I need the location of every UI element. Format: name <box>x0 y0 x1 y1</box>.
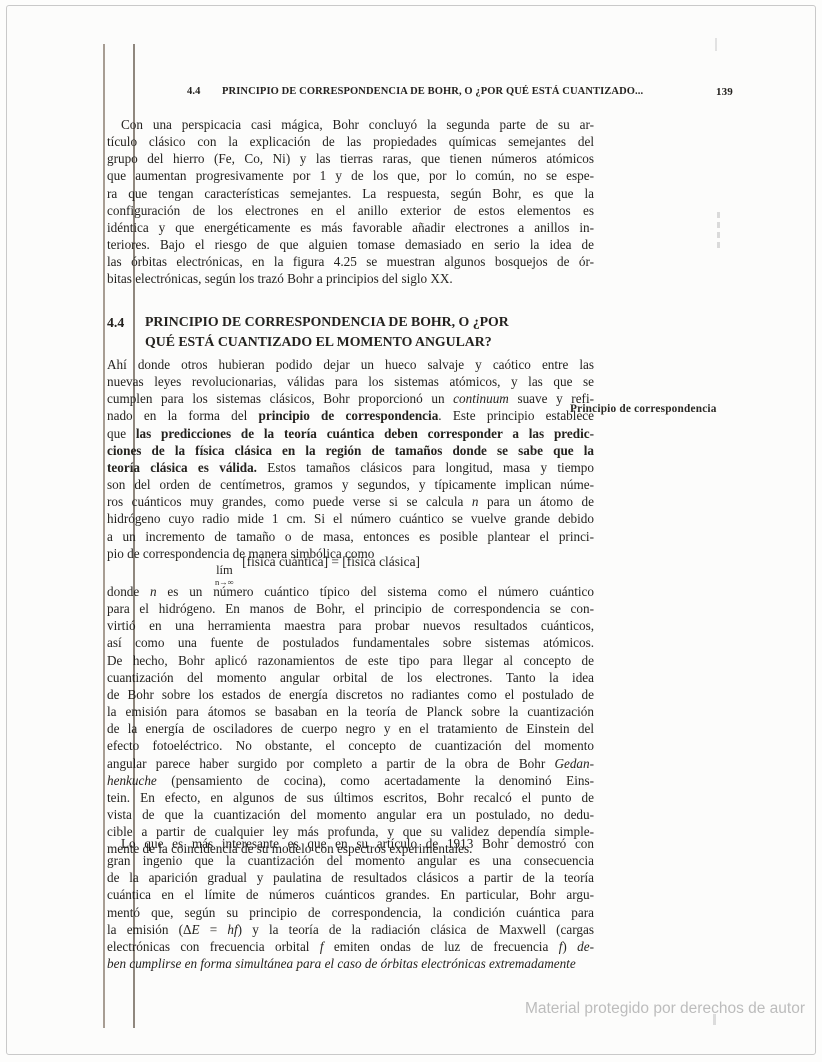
text-line: de la energía de osciladores de cuerpo n… <box>107 720 594 737</box>
text-segment: = <box>200 922 228 937</box>
text-line: ciones de la física clásica en la región… <box>107 442 594 459</box>
text-line: cuantización del momento angular orbital… <box>107 669 594 686</box>
text-segment: de la energía de osciladores de cuerpo n… <box>107 721 594 736</box>
text-line: grupo del hierro (Fe, Co, Ni) y las tier… <box>107 150 594 167</box>
text-line: ra que tengan características semejantes… <box>107 185 594 202</box>
text-segment: ) y la teoría de la radiación clásica de… <box>238 922 594 937</box>
text-line: De hecho, Bohr aplicó razonamientos de e… <box>107 652 594 669</box>
text-segment: hf <box>227 922 237 937</box>
text-segment: Ahí donde otros hubieran podido dejar un… <box>107 357 594 372</box>
text-segment: efecto fotoeléctrico. No obstante, el co… <box>107 738 594 753</box>
text-segment: E <box>192 922 200 937</box>
text-segment: vista de que la cuantización del momento… <box>107 807 594 822</box>
text-line: gran ingenio que la cuantización del mom… <box>107 852 594 869</box>
text-segment: n <box>472 494 479 509</box>
text-segment: que <box>107 426 136 441</box>
text-segment: mentó que, según su principio de corresp… <box>107 905 594 920</box>
text-segment: Estos tamaños clásicos para longitud, ma… <box>257 460 594 475</box>
text-line: las órbitas electrónicas, en la figura 4… <box>107 253 594 270</box>
text-segment: cuántica en el límite de números cuántic… <box>107 887 594 902</box>
text-line: son del orden de centímetros, gramos y s… <box>107 476 594 493</box>
paragraph-intro: Con una perspicacia casi mágica, Bohr co… <box>107 116 594 288</box>
text-line: nuevas leyes revolucionarias, válidas pa… <box>107 373 594 390</box>
text-segment: ) <box>562 939 577 954</box>
text-line: donde n es un número cuántico típico del… <box>107 583 594 600</box>
margin-note: Principio de correspondencia <box>570 403 717 415</box>
running-header: 4.4 PRINCIPIO DE CORRESPONDENCIA DE BOHR… <box>0 86 822 102</box>
text-line: hidrógeno cuyo radio mide 1 cm. Si el nú… <box>107 510 594 527</box>
text-segment: para el hidrógeno. En manos de Bohr, el … <box>107 601 594 616</box>
text-segment: ciones de la física clásica en la región… <box>107 443 594 458</box>
text-line: Con una perspicacia casi mágica, Bohr co… <box>107 116 594 133</box>
text-line: que las predicciones de la teoría cuánti… <box>107 425 594 442</box>
text-segment: la emisión (Δ <box>107 922 192 937</box>
text-segment: principio de correspondencia <box>259 408 439 423</box>
text-segment: para un átomo de <box>479 494 595 509</box>
equation-correspondence-limit: lím n→∞ [física cuántica] = [física clás… <box>215 554 420 586</box>
scanned-book-page: 4.4 PRINCIPIO DE CORRESPONDENCIA DE BOHR… <box>0 0 822 1062</box>
text-line: tículo clásico con la explicación de las… <box>107 133 594 150</box>
text-line: así como una fuente de postulados fundam… <box>107 634 594 651</box>
section-title-line: QUÉ ESTÁ CUANTIZADO EL MOMENTO ANGULAR? <box>145 332 547 352</box>
text-line: Ahí donde otros hubieran podido dejar un… <box>107 356 594 373</box>
text-segment: idéntica y que energéticamente es más fa… <box>107 220 594 235</box>
copyright-watermark: Material protegido por derechos de autor <box>525 1000 805 1018</box>
text-line: configuración de los electrones en el an… <box>107 202 594 219</box>
text-segment: son del orden de centímetros, gramos y s… <box>107 477 594 492</box>
text-line: la emisión (ΔE = hf) y la teoría de la r… <box>107 921 594 938</box>
text-segment: bitas electrónicas, según los trazó Bohr… <box>107 271 453 286</box>
text-line: angular parece haber surgido por complet… <box>107 755 594 772</box>
text-segment: tein. En efecto, en algunos de sus últim… <box>107 790 594 805</box>
text-line: de la aparición gradual y paulatina de r… <box>107 869 594 886</box>
text-segment: Gedan- <box>554 756 594 771</box>
paragraph-correspondence-principle: Ahí donde otros hubieran podido dejar un… <box>107 356 594 562</box>
text-segment: emiten ondas de luz de frecuencia <box>324 939 559 954</box>
text-segment: grupo del hierro (Fe, Co, Ni) y las tier… <box>107 151 594 166</box>
text-line: nado en la forma del principio de corres… <box>107 407 594 424</box>
text-segment: teoría clásica es válida. <box>107 460 257 475</box>
text-segment: las órbitas electrónicas, en la figura 4… <box>107 254 594 269</box>
text-segment: nado en la forma del <box>107 408 259 423</box>
text-line: a un incremento de tamaño o de masa, ent… <box>107 528 594 545</box>
text-line: Lo que es más interesante es que en su a… <box>107 835 594 852</box>
running-header-title: PRINCIPIO DE CORRESPONDENCIA DE BOHR, O … <box>222 86 643 97</box>
text-segment: continuum <box>453 391 509 406</box>
text-segment: virtió en una herramienta maestra para p… <box>107 618 594 633</box>
text-line: henkuche (pensamiento de cocina), como a… <box>107 772 594 789</box>
equation-lim-word: lím <box>216 564 233 577</box>
text-segment: donde <box>107 584 150 599</box>
text-line: la emisión para átomos se basaban en la … <box>107 703 594 720</box>
text-line: cumplen para los sistemas clásicos, Bohr… <box>107 390 594 407</box>
text-segment: de- <box>577 939 594 954</box>
text-line: virtió en una herramienta maestra para p… <box>107 617 594 634</box>
text-segment: electrónicas con frecuencia orbital <box>107 939 320 954</box>
text-line: cuántica en el límite de números cuántic… <box>107 886 594 903</box>
running-header-section-number: 4.4 <box>187 86 200 97</box>
text-segment: de Bohr sobre los estados de energía dis… <box>107 687 594 702</box>
text-segment: gran ingenio que la cuantización del mom… <box>107 853 594 868</box>
text-line: ben cumplirse en forma simultánea para e… <box>107 955 594 972</box>
section-number: 4.4 <box>107 313 124 333</box>
text-segment: que aumentan progresivamente por 1 y de … <box>107 168 594 183</box>
text-line: tein. En efecto, en algunos de sus últim… <box>107 789 594 806</box>
text-segment: cuantización del momento angular orbital… <box>107 670 594 685</box>
section-title-line: PRINCIPIO DE CORRESPONDENCIA DE BOHR, O … <box>145 312 547 332</box>
text-segment: de la aparición gradual y paulatina de r… <box>107 870 594 885</box>
text-segment: De hecho, Bohr aplicó razonamientos de e… <box>107 653 594 668</box>
text-segment: teriores. Bajo el riesgo de que alguien … <box>107 237 594 252</box>
text-line: ros cuánticos muy grandes, como puede ve… <box>107 493 594 510</box>
text-segment: así como una fuente de postulados fundam… <box>107 635 594 650</box>
text-line: bitas electrónicas, según los trazó Bohr… <box>107 270 594 287</box>
text-line: teriores. Bajo el riesgo de que alguien … <box>107 236 594 253</box>
text-line: para el hidrógeno. En manos de Bohr, el … <box>107 600 594 617</box>
text-line: teoría clásica es válida. Estos tamaños … <box>107 459 594 476</box>
text-segment: la emisión para átomos se basaban en la … <box>107 704 594 719</box>
section-title: PRINCIPIO DE CORRESPONDENCIA DE BOHR, O … <box>145 312 547 351</box>
text-segment: ben cumplirse en forma simultánea para e… <box>107 956 576 971</box>
text-segment: Con una perspicacia casi mágica, Bohr co… <box>121 117 594 132</box>
text-segment: a un incremento de tamaño o de masa, ent… <box>107 529 594 544</box>
text-segment: angular parece haber surgido por complet… <box>107 756 554 771</box>
scan-fold-line-left <box>103 44 105 1028</box>
text-segment: ra que tengan características semejantes… <box>107 186 594 201</box>
text-segment: (pensamiento de cocina), como acertadame… <box>157 773 594 788</box>
text-line: electrónicas con frecuencia orbital f em… <box>107 938 594 955</box>
text-segment: cumplen para los sistemas clásicos, Bohr… <box>107 391 453 406</box>
text-segment: hidrógeno cuyo radio mide 1 cm. Si el nú… <box>107 511 594 526</box>
text-segment: ros cuánticos muy grandes, como puede ve… <box>107 494 472 509</box>
text-line: vista de que la cuantización del momento… <box>107 806 594 823</box>
scan-artifact-mark <box>715 38 717 51</box>
text-segment: las predicciones de la teoría cuántica d… <box>136 426 594 441</box>
scan-artifact-mark <box>717 212 720 248</box>
text-line: efecto fotoeléctrico. No obstante, el co… <box>107 737 594 754</box>
text-segment: henkuche <box>107 773 157 788</box>
paragraph-quantization-postulate: donde n es un número cuántico típico del… <box>107 583 594 858</box>
equation-body: [física cuántica] = [física clásica] <box>242 554 420 569</box>
text-segment: es un número cuántico típico del sistema… <box>157 584 594 599</box>
text-segment: tículo clásico con la explicación de las… <box>107 134 594 149</box>
text-segment: configuración de los electrones en el an… <box>107 203 594 218</box>
text-line: de Bohr sobre los estados de energía dis… <box>107 686 594 703</box>
section-heading: 4.4 PRINCIPIO DE CORRESPONDENCIA DE BOHR… <box>107 312 547 351</box>
text-segment: nuevas leyes revolucionarias, válidas pa… <box>107 374 594 389</box>
text-line: que aumentan progresivamente por 1 y de … <box>107 167 594 184</box>
page-number: 139 <box>716 86 733 98</box>
text-segment: Lo que es más interesante es que en su a… <box>121 836 594 851</box>
paragraph-1913-article: Lo que es más interesante es que en su a… <box>107 835 594 972</box>
text-line: mentó que, según su principio de corresp… <box>107 904 594 921</box>
text-line: idéntica y que energéticamente es más fa… <box>107 219 594 236</box>
text-segment: n <box>150 584 157 599</box>
